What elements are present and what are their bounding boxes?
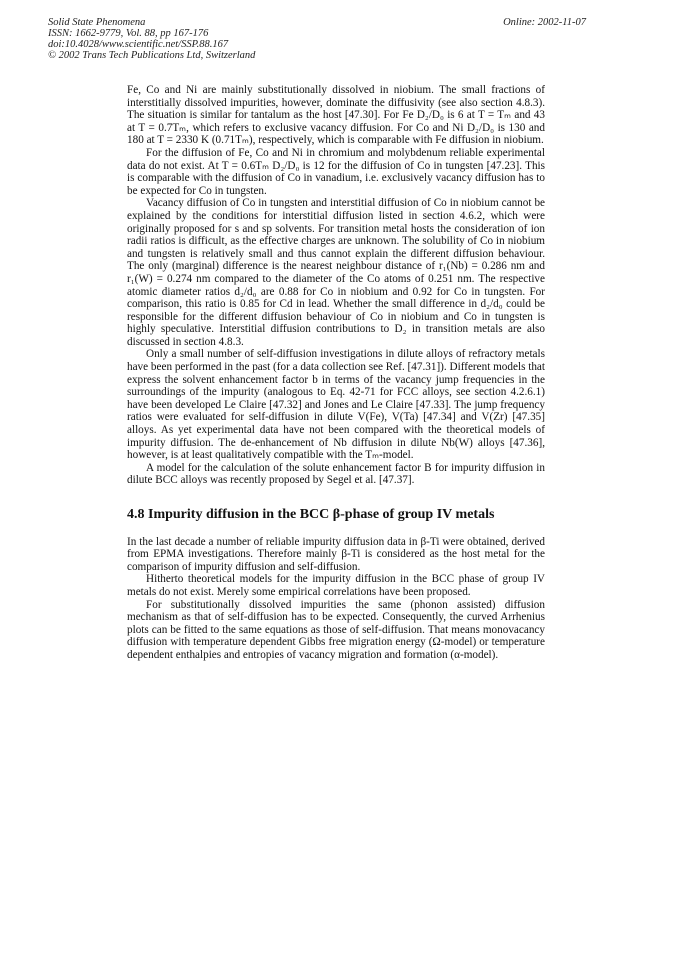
article-body: Fe, Co and Ni are mainly substitutionall…	[127, 84, 545, 662]
doi-line: doi:10.4028/www.scientific.net/SSP.88.16…	[48, 39, 255, 50]
journal-name: Solid State Phenomena	[48, 17, 255, 28]
paragraph: Fe, Co and Ni are mainly substitutionall…	[127, 84, 545, 147]
paragraph: Hitherto theoretical models for the impu…	[127, 573, 545, 598]
section-heading: 4.8 Impurity diffusion in the BCC β-phas…	[127, 509, 545, 522]
journal-header: Solid State Phenomena ISSN: 1662-9779, V…	[48, 17, 255, 61]
paragraph: For the diffusion of Fe, Co and Ni in ch…	[127, 147, 545, 197]
paragraph: For substitutionally dissolved impuritie…	[127, 599, 545, 662]
paragraph: Vacancy diffusion of Co in tungsten and …	[127, 197, 545, 348]
online-date: Online: 2002-11-07	[503, 17, 586, 28]
paragraph: In the last decade a number of reliable …	[127, 536, 545, 574]
paragraph: A model for the calculation of the solut…	[127, 462, 545, 487]
paragraph: Only a small number of self-diffusion in…	[127, 348, 545, 461]
copyright-line: © 2002 Trans Tech Publications Ltd, Swit…	[48, 50, 255, 61]
issn-line: ISSN: 1662-9779, Vol. 88, pp 167-176	[48, 28, 255, 39]
